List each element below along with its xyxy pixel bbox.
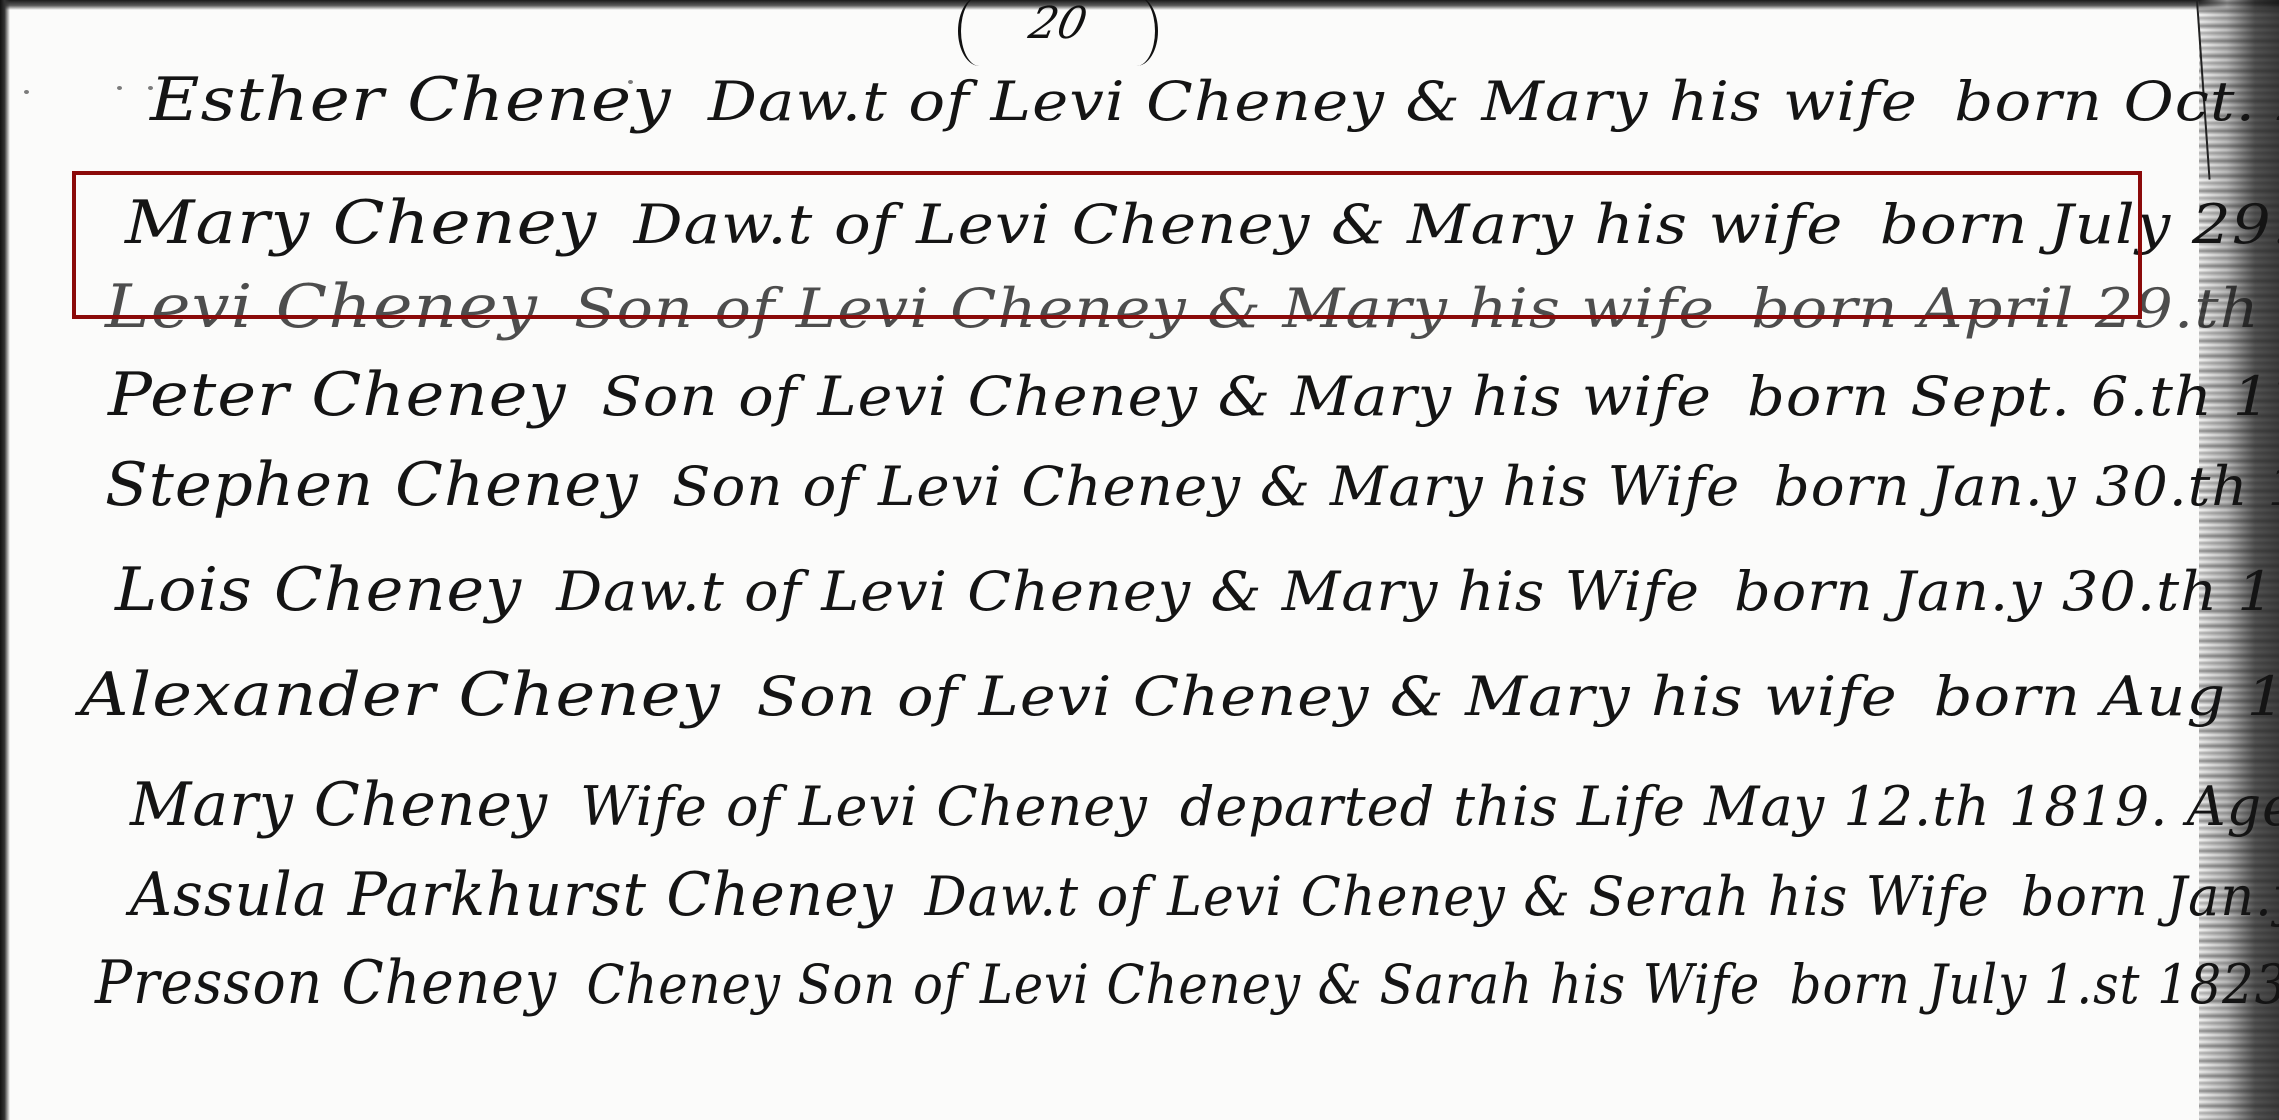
register-entry: Peter Cheney Son of Levi Cheney & Mary h… (108, 360, 2279, 430)
entry-event: departed this Life May 12.th 1819. Aged … (1180, 775, 2279, 838)
paren-left-decoration (958, 0, 1001, 66)
entry-event: born Aug 17.th 1797 (1934, 665, 2279, 728)
register-entry: Presson Cheney Cheney Son of Levi Cheney… (95, 948, 2279, 1018)
register-entry-highlighted: Mary Cheney Daw.t of Levi Cheney & Mary … (125, 188, 2279, 258)
register-entry: Mary Cheney Wife of Levi Cheney departed… (130, 770, 2279, 840)
entry-event: born Jan.y 11.th 1821 (2021, 865, 2279, 928)
entry-relation: Daw.t of Levi Cheney & Mary his wife (634, 193, 1844, 256)
entry-event: born July 1.st 1823 (1790, 953, 2279, 1016)
entry-name: Peter Cheney (108, 360, 567, 430)
entry-event: born April 29.th 1787 (1751, 277, 2279, 340)
entry-relation: Daw.t of Levi Cheney & Mary his wife (708, 70, 1918, 133)
scan-speck (24, 90, 29, 94)
entry-event: born Jan.y 30.th 1795 (1734, 560, 2279, 623)
page-number-value: 20 (1025, 2, 1090, 46)
entry-relation: Son of Levi Cheney & Mary his wife (574, 277, 1715, 340)
entry-name: Stephen Cheney (105, 450, 639, 520)
scan-edge-left (0, 0, 10, 1120)
register-entry: Assula Parkhurst Cheney Daw.t of Levi Ch… (130, 860, 2279, 930)
entry-name: Mary Cheney (125, 188, 597, 258)
register-entry: Levi Cheney Son of Levi Cheney & Mary hi… (105, 272, 2279, 342)
register-entry: Esther Cheney Daw.t of Levi Cheney & Mar… (150, 65, 2279, 135)
entry-event: born Jan.y 30.th 1795 (1774, 455, 2279, 518)
entry-event: born July 29.th 1784 (1880, 193, 2279, 256)
document-page: 20 Esther Cheney Daw.t of Levi Cheney & … (0, 0, 2279, 1120)
entry-name: Alexander Cheney (80, 660, 721, 730)
entry-relation: Daw.t of Levi Cheney & Mary his Wife (556, 560, 1700, 623)
entry-name: Esther Cheney (150, 65, 672, 135)
register-entry: Lois Cheney Daw.t of Levi Cheney & Mary … (115, 555, 2279, 625)
entry-relation: Cheney Son of Levi Cheney & Sarah his Wi… (586, 953, 1760, 1016)
entry-event: born Sept. 6.th 1789 (1747, 365, 2279, 428)
entry-name: Lois Cheney (115, 555, 522, 625)
entry-relation: Daw.t of Levi Cheney & Serah his Wife (925, 865, 1990, 928)
entry-relation: Son of Levi Cheney & Mary his Wife (672, 455, 1740, 518)
entry-relation: Son of Levi Cheney & Mary his wife (757, 665, 1898, 728)
scan-speck (117, 86, 122, 90)
register-entry: Alexander Cheney Son of Levi Cheney & Ma… (80, 660, 2279, 730)
entry-event: born Oct. 2.d 1779 (1954, 70, 2279, 133)
entry-relation: Wife of Levi Cheney (580, 775, 1148, 838)
entry-relation: Son of Levi Cheney & Mary his wife (602, 365, 1713, 428)
register-entry: Stephen Cheney Son of Levi Cheney & Mary… (105, 450, 2279, 520)
page-number: 20 (958, 0, 1158, 58)
entry-name: Levi Cheney (105, 272, 538, 342)
paren-right-decoration (1115, 0, 1158, 66)
entry-name: Mary Cheney (130, 770, 548, 840)
entry-name: Assula Parkhurst Cheney (130, 860, 894, 930)
entry-name: Presson Cheney (95, 948, 557, 1018)
